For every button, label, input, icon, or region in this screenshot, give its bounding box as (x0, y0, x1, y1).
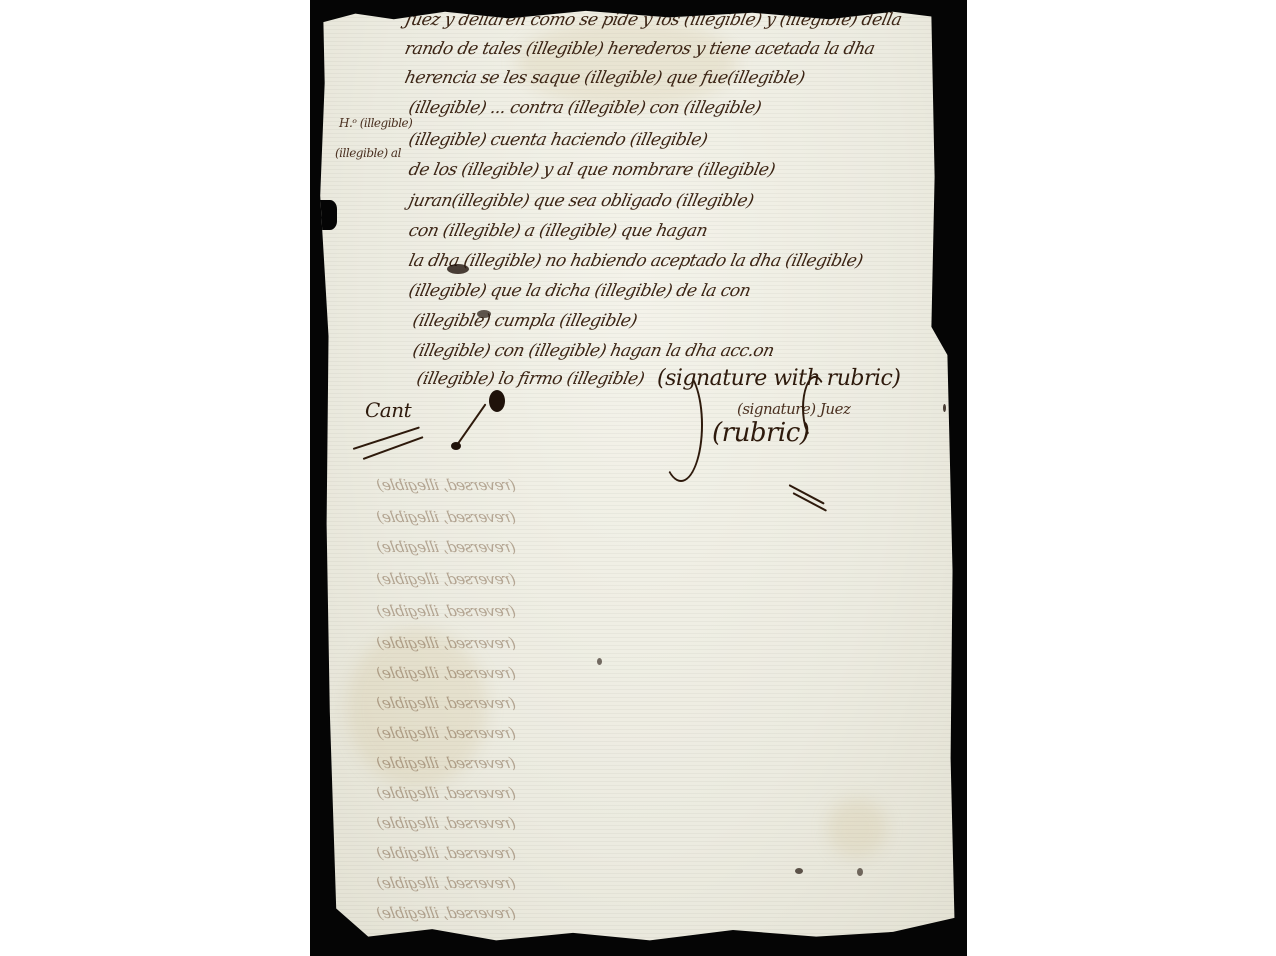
bleed-line: (reversed, illegible) (375, 570, 517, 588)
bleed-line: (reversed, illegible) (375, 508, 517, 526)
rubric-stroke (456, 403, 486, 445)
text-line: de los (illegible) y al que nombrare (il… (407, 160, 777, 180)
bleed-line: (reversed, illegible) (375, 664, 517, 682)
text-line: la dha (illegible) no habiendo aceptado … (407, 251, 865, 271)
torn-edge (313, 200, 337, 230)
ink-blot (489, 390, 505, 412)
text-line: Juez y dellaren como se pide y los (ille… (403, 10, 904, 30)
ink-blot (477, 310, 491, 318)
signature-flourish (802, 376, 828, 440)
margin-note: H.ᵒ (illegible) (339, 116, 412, 130)
document-frame: Juez y dellaren como se pide y los (ille… (310, 0, 967, 956)
bleed-line: (reversed, illegible) (375, 904, 517, 922)
ink-blot (447, 264, 469, 274)
ink-blot (939, 240, 951, 258)
bleed-line: (reversed, illegible) (375, 724, 517, 742)
left-rubric: Cant (365, 398, 411, 422)
text-line: (illegible) ... contra (illegible) con (… (407, 98, 763, 118)
ink-speck (795, 868, 803, 874)
ink-speck (597, 658, 602, 665)
bleed-line: (reversed, illegible) (375, 754, 517, 772)
signature-title: (signature) Juez (737, 400, 850, 418)
text-line: con (illegible) a (illegible) que hagan (407, 221, 709, 241)
manuscript-page: Juez y dellaren como se pide y los (ille… (317, 8, 957, 946)
rubric-stroke (353, 426, 420, 450)
water-stain (517, 18, 737, 108)
bleed-line: (reversed, illegible) (375, 694, 517, 712)
bleed-line: (reversed, illegible) (375, 874, 517, 892)
text-line: (illegible) lo firmo (illegible) (415, 369, 646, 389)
bleed-line: (reversed, illegible) (375, 538, 517, 556)
text-line: (illegible) cuenta haciendo (illegible) (407, 130, 709, 150)
bleed-line: (reversed, illegible) (375, 634, 517, 652)
text-line: juran(illegible) que sea obligado (illeg… (407, 191, 755, 211)
rubric-stroke (363, 436, 424, 460)
text-line: (illegible) cumpla (illegible) (411, 311, 639, 331)
signature-flourish (659, 368, 703, 482)
bleed-line: (reversed, illegible) (375, 814, 517, 832)
water-stain (827, 798, 887, 858)
margin-note: (illegible) al (335, 146, 401, 160)
text-line: (illegible) con (illegible) hagan la dha… (411, 341, 776, 361)
ink-speck (857, 868, 863, 876)
bleed-line: (reversed, illegible) (375, 602, 517, 620)
rubric: (rubric) (712, 418, 809, 448)
bleed-line: (reversed, illegible) (375, 476, 517, 494)
ink-blot (451, 442, 461, 450)
text-line: rando de tales (illegible) herederos y t… (403, 39, 877, 59)
text-line: herencia se les saque (illegible) que fu… (403, 68, 807, 88)
text-line: (illegible) que la dicha (illegible) de … (407, 281, 752, 301)
bleed-line: (reversed, illegible) (375, 784, 517, 802)
ink-speck (943, 404, 946, 412)
bleed-line: (reversed, illegible) (375, 844, 517, 862)
